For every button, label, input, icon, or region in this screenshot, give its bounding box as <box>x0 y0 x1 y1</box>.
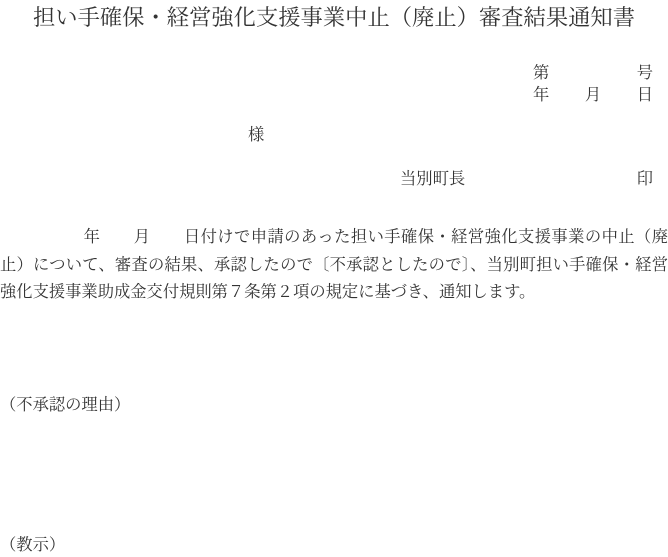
date-day-label: 日 <box>637 84 653 106</box>
doc-number-suffix: 号 <box>637 62 653 84</box>
date-year-label: 年 <box>533 84 549 106</box>
document-title: 担い手確保・経営強化支援事業中止（廃止）審査結果通知書 <box>0 2 668 34</box>
body-paragraph: 年 月 日付けで申請のあった担い手確保・経営強化支援事業の中止（廃 止）について… <box>0 223 668 306</box>
document-page: 担い手確保・経営強化支援事業中止（廃止）審査結果通知書 第 号 年 月 日 様 … <box>0 0 668 557</box>
seal-mark: 印 <box>637 168 653 190</box>
sender-line: 当別町長 印 <box>400 168 653 190</box>
sender-title: 当別町長 <box>400 168 465 190</box>
date-line: 年 月 日 <box>533 84 653 106</box>
date-month-label: 月 <box>585 84 601 106</box>
doc-number-block: 第 号 年 月 日 <box>533 62 653 106</box>
appeal-instruction-label: （教示） <box>0 534 65 556</box>
body-text-line: 強化支援事業助成金交付規則第７条第２項の規定に基づき、通知します。 <box>0 278 668 306</box>
doc-number-line: 第 号 <box>533 62 653 84</box>
rejection-reason-label: （不承認の理由） <box>0 394 130 416</box>
addressee-honorific: 様 <box>248 124 264 146</box>
body-text-line: 年 月 日付けで申請のあった担い手確保・経営強化支援事業の中止（廃 <box>0 223 668 251</box>
doc-number-prefix: 第 <box>533 62 549 84</box>
body-text-line: 止）について、審査の結果、承認したので〔不承認としたので〕、当別町担い手確保・経… <box>0 251 668 279</box>
